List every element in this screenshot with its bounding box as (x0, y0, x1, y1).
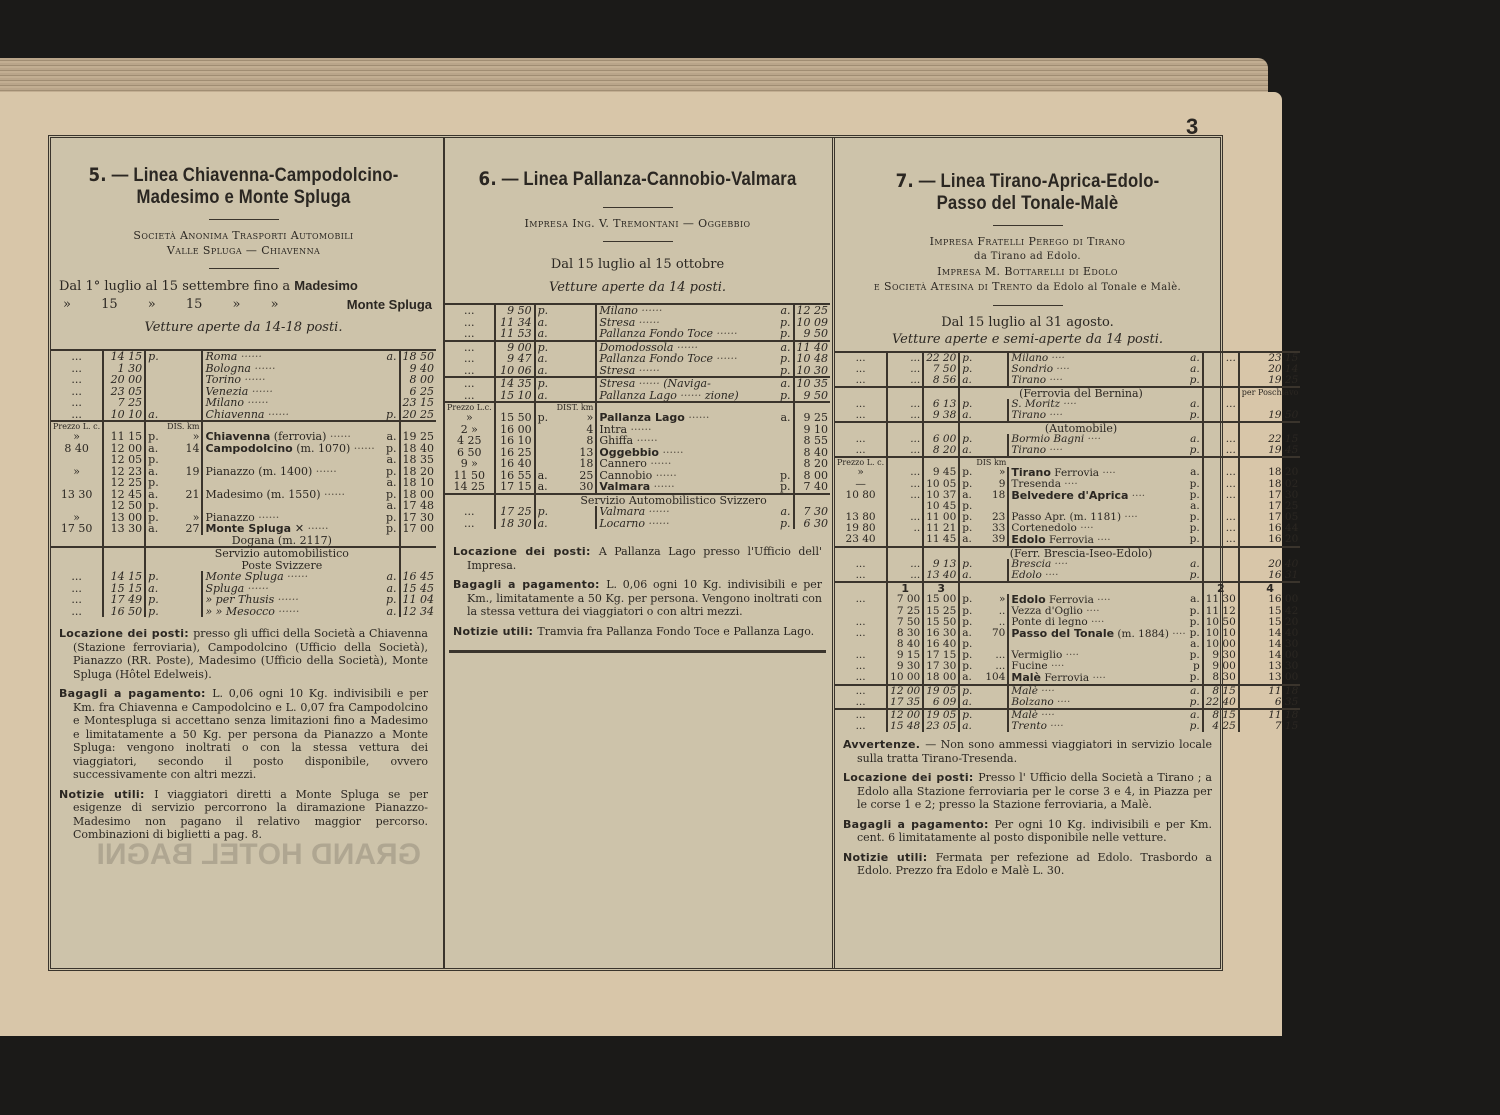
time-col-b: 16 30 16 40 (923, 628, 959, 650)
table-row: ...16 50p.» » Mesocco ······a.12 34 (51, 606, 436, 618)
price: ... (835, 628, 887, 650)
arr-dep-flag: p. (535, 377, 555, 390)
time-col-a: ... (887, 445, 923, 457)
arr-dep-flag: a. (384, 431, 400, 443)
page-edges (0, 58, 1268, 94)
arr-dep-flag: p. (1188, 410, 1203, 422)
price: » (445, 412, 495, 424)
table-row: 13 3012 45 12 50a. p.21Madesimo (m. 1550… (51, 489, 436, 512)
table-row: ...15 4823 05a.Trento ····p.4 257 15 (835, 721, 1300, 732)
arr-dep-flag: a. (959, 445, 974, 457)
return-col-a: ... (1203, 490, 1239, 512)
return-col-b: 17 30 17 25 (1239, 490, 1301, 512)
return-time: 6 30 (794, 518, 831, 530)
arr-dep-flag: p. a. (384, 443, 400, 466)
arr-dep-flag (535, 435, 555, 447)
note-paragraph: Locazione dei posti: Presso l' Ufficio d… (843, 771, 1212, 812)
table-row: ...11 53a.Pallanza Fondo Toce ······p.9 … (445, 328, 830, 341)
table-row: ...10 06a.Stresa ······p.10 30 (445, 365, 830, 378)
section-5-notes: Locazione dei posti: presso gli uffici d… (59, 627, 428, 842)
price: ... (445, 304, 495, 317)
return-col-a (1203, 375, 1239, 387)
arr-dep-flag: p. (1188, 570, 1203, 582)
section-7-period: Dal 15 luglio al 31 agosto. (835, 314, 1220, 332)
section-7-title: 7. — Linea Tirano-Aprica-Edolo- Passo de… (863, 170, 1191, 215)
arr-dep-flag (778, 458, 794, 470)
note-label: Locazione dei posti: (843, 771, 978, 784)
return-time: 7 30 (794, 506, 831, 518)
arr-dep-flag (384, 374, 400, 386)
price: ... (51, 606, 103, 618)
return-col-a: 4 25 (1203, 721, 1239, 732)
section-5: 5. — Linea Chiavenna-Campodolcino- Mades… (51, 138, 436, 968)
section-6: 6. — Linea Pallanza-Cannobio-Valmara Imp… (443, 138, 830, 968)
price: » (51, 466, 103, 489)
section-6-period: Dal 15 luglio al 15 ottobre (445, 256, 830, 274)
arr-dep-flag: p. a. (1188, 628, 1203, 650)
table-row: ...8 30 8 4016 30 16 40a. p.70Passo del … (835, 628, 1300, 650)
arr-dep-flag: a. p. (959, 628, 974, 650)
distance-km (165, 594, 202, 606)
station-name: Pallanza Lago ······ zione) (596, 390, 777, 403)
divider (209, 219, 279, 220)
departure-time: 14 15 (103, 350, 145, 363)
distance-km (974, 721, 1008, 732)
return-time: 8 55 (794, 435, 831, 447)
departure-time: 16 10 (495, 435, 535, 447)
departure-time: 17 15 (495, 481, 535, 494)
note-paragraph: Bagagli a pagamento: L. 0,06 ogni 10 Kg.… (59, 687, 428, 782)
return-col-a: 8 30 (1203, 672, 1239, 685)
table-row: ......8 20a.Tirano ····p....19 45 (835, 445, 1300, 457)
arr-dep-flag (535, 458, 555, 470)
arr-dep-flag: a. p. (145, 489, 165, 512)
return-time: 10 35 (794, 377, 831, 390)
table-row: 10 80...10 37 10 45a. p.18Belvedere d'Ap… (835, 490, 1300, 512)
show-through-text: GRAND HOTEL BAGNI (61, 838, 421, 948)
return-col-b: 14 40 14 30 (1239, 628, 1301, 650)
price: 10 80 (835, 490, 887, 512)
return-col-a: ... (1203, 352, 1239, 364)
departure-time: 14 35 (495, 377, 535, 390)
subheader-text: Servizio automobilistico Poste Svizzere (165, 547, 399, 571)
distance-km (165, 363, 202, 375)
distance-km (974, 445, 1008, 457)
station-name: Trento ···· (1008, 721, 1187, 732)
note-label: Notizie utili: (453, 625, 537, 638)
price: ... (835, 594, 887, 606)
return-time: 20 25 (400, 409, 437, 422)
note-paragraph: Locazione dei posti: presso gli uffici d… (59, 627, 428, 681)
return-time: 10 30 (794, 365, 831, 378)
price: ... (51, 397, 103, 409)
arr-dep-flag: a. (535, 365, 555, 378)
distance-km (165, 571, 202, 583)
return-time: 18 00 17 48 (400, 489, 437, 512)
return-col-b: 19 45 (1239, 445, 1301, 457)
return-time: 9 50 (794, 390, 831, 403)
time-col-a (887, 534, 923, 547)
spacer (103, 547, 145, 571)
return-col-a (1203, 364, 1239, 375)
departure-time: 12 00 12 05 (103, 443, 145, 466)
arr-dep-flag: p. (535, 304, 555, 317)
station-name: Tirano ···· (1008, 375, 1187, 387)
return-col-a (1203, 570, 1239, 582)
departure-time: 11 15 (103, 431, 145, 443)
side-note: per Poschiavo (1239, 387, 1301, 399)
station-name: Chiavenna ······ (202, 409, 383, 422)
distance-km: 30 (555, 481, 597, 494)
price: 13 30 (51, 489, 103, 512)
time-col-b: 9 38 (923, 410, 959, 422)
note-text: L. 0,06 ogni 10 Kg. indivisibili e per K… (73, 687, 428, 781)
return-time: 18 20 18 10 (400, 466, 437, 489)
note-paragraph: Notizie utili: Tramvia fra Pallanza Fond… (453, 625, 822, 639)
section-7-vehicles: Vetture aperte e semi-aperte da 14 posti… (835, 332, 1220, 347)
distance-km: 104 (974, 672, 1008, 685)
table-row: 23 4011 45a.39Edolo Ferrovia ····p....16… (835, 534, 1300, 547)
arr-dep-flag: p. (145, 571, 165, 583)
section-6-vehicles: Vetture aperte da 14 posti. (445, 280, 830, 295)
section-7-timetable: ......22 20p.Milano ····a....23 15......… (835, 351, 1300, 732)
station-name: Passo del Tonale (m. 1884) ···· (1008, 628, 1187, 650)
return-col-b: 6 35 (1239, 697, 1301, 709)
note-label: Avvertenze. (843, 738, 925, 751)
section-5-vehicles: Vetture aperte da 14-18 posti. (51, 320, 436, 335)
table-row: ...10 10a.Chiavenna ······p.20 25 (51, 409, 436, 422)
distance-km: 70 (974, 628, 1008, 650)
distance-km (555, 341, 597, 354)
section-7-company: Impresa Fratelli Perego di Tirano da Tir… (835, 234, 1220, 295)
distance-km (165, 583, 202, 595)
section-5-timetable: ...14 15p.Roma ······a.18 50...1 30Bolog… (51, 349, 436, 617)
arr-dep-flag (778, 435, 794, 447)
departure-time: 9 50 (495, 304, 535, 317)
spacer (145, 535, 165, 548)
time-col-a: 10 00 (887, 672, 923, 685)
distance-km (555, 353, 597, 365)
arr-dep-flag (384, 397, 400, 409)
return-col-a: ... (1203, 445, 1239, 457)
distance-km: » (165, 431, 202, 443)
spacer (400, 535, 437, 548)
time-col-b: 13 40 (923, 570, 959, 582)
arr-dep-flag: a. (535, 328, 555, 341)
departure-time: 15 10 (495, 390, 535, 403)
price: 23 40 (835, 534, 887, 547)
spacer (959, 582, 1202, 594)
note-paragraph: Bagagli a pagamento: Per ogni 10 Kg. ind… (843, 818, 1212, 845)
section-7: 7. — Linea Tirano-Aprica-Edolo- Passo de… (832, 138, 1220, 968)
return-col-a: 22 40 (1203, 697, 1239, 709)
distance-km: 14 (165, 443, 202, 466)
distance-km: 39 (974, 534, 1008, 547)
price: 17 50 (51, 523, 103, 535)
arr-dep-flag (384, 363, 400, 375)
section-5-company: Società Anonima Trasporti Automobili Val… (51, 228, 436, 258)
table-row: ...18 30a.Locarno ······p.6 30 (445, 518, 830, 530)
return-time: 8 20 (794, 458, 831, 470)
distance-km: 21 (165, 489, 202, 512)
time-col-b: 6 09 (923, 697, 959, 709)
arr-dep-flag (535, 447, 555, 459)
station-name: Pianazzo (m. 1400) ······ (202, 466, 383, 489)
station-name: Pallanza Fondo Toce ······ (596, 328, 777, 341)
table-subheader: Servizio automobilistico Poste Svizzere (51, 547, 436, 571)
return-col-a (1203, 559, 1239, 570)
subheader-text: Servizio Automobilistico Svizzero (555, 494, 794, 507)
arr-dep-flag: a. (959, 410, 974, 422)
price: 9 » (445, 458, 495, 470)
divider (603, 207, 673, 208)
time-col-a: ... (887, 410, 923, 422)
distance-km (165, 409, 202, 422)
divider (993, 225, 1063, 226)
time-col-b: 8 56 (923, 375, 959, 387)
price: ... (445, 353, 495, 365)
customs-note: Dogana (m. 2117) (165, 535, 399, 548)
arr-dep-flag: a. (959, 721, 974, 732)
distance-km (974, 364, 1008, 375)
departure-time: 16 40 (495, 458, 535, 470)
station-name: Monte Spluga ✕ ······ (202, 523, 383, 535)
price: ... (51, 409, 103, 422)
arr-dep-flag: a. (384, 571, 400, 583)
table-row: 17 5013 30a.27Monte Spluga ✕ ······p.17 … (51, 523, 436, 535)
distance-km (165, 397, 202, 409)
note-label: Notizie utili: (59, 788, 154, 801)
time-col-a: 15 48 (887, 721, 923, 732)
distance-km: 27 (165, 523, 202, 535)
arr-dep-flag: p. (1188, 445, 1203, 457)
time-col-a: ... (887, 375, 923, 387)
price: ... (51, 571, 103, 583)
table-row: ......8 56a.Tirano ····p.19 25 (835, 375, 1300, 387)
price: ... (51, 350, 103, 363)
station-name: Edolo Ferrovia ···· (1008, 534, 1187, 547)
time-col-a: 17 35 (887, 697, 923, 709)
departure-time: 12 23 12 25 (103, 466, 145, 489)
arr-dep-flag: p. (384, 523, 400, 535)
return-col-b: 7 15 (1239, 721, 1301, 732)
arr-dep-flag: a. (778, 304, 794, 317)
departure-time: 10 06 (495, 365, 535, 378)
spacer (103, 535, 145, 548)
section-6-title: 6. — Linea Pallanza-Cannobio-Valmara (473, 168, 801, 191)
distance-km (165, 374, 202, 386)
station-name: Tirano ···· (1008, 445, 1187, 457)
section-5-period: Dal 1° luglio al 15 settembre fino a Mad… (51, 277, 436, 314)
time-col-b: 8 20 (923, 445, 959, 457)
time-col-b: 18 00 (923, 672, 959, 685)
note-paragraph: Notizie utili: Fermata per refezione ad … (843, 851, 1212, 878)
station-name: Locarno ······ (596, 518, 777, 530)
table-row: Dogana (m. 2117) (51, 535, 436, 548)
price: ... (835, 410, 887, 422)
arr-dep-flag (535, 424, 555, 436)
distance-km (974, 570, 1008, 582)
distance-km (165, 606, 202, 618)
table-row: ......7 50p.Sondrio ····a.20 14 (835, 364, 1300, 375)
note-label: Locazione dei posti: (59, 627, 193, 640)
note-paragraph: Avvertenze. — Non sono ammessi viaggiato… (843, 738, 1212, 765)
return-time: 11 04 (400, 594, 437, 606)
departure-time: 17 25 (495, 506, 535, 518)
departure-time: 11 53 (495, 328, 535, 341)
arr-dep-flag: p. a. (384, 489, 400, 512)
arr-dep-flag: p. (535, 506, 555, 518)
section-6-notes: Locazione dei posti: A Pallanza Lago pre… (453, 545, 822, 638)
note-label: Locazione dei posti: (453, 545, 599, 558)
distance-km (555, 518, 597, 530)
divider (993, 305, 1063, 306)
time-col-a: 8 30 8 40 (887, 628, 923, 650)
arr-dep-flag: p. (1188, 697, 1203, 709)
distance-km (974, 559, 1008, 570)
time-col-a: ... (887, 570, 923, 582)
section-6-company: Impresa Ing. V. Tremontani — Oggebbio (445, 216, 830, 231)
price: ... (835, 445, 887, 457)
return-col-a: ... (1203, 534, 1239, 547)
return-time: 23 15 (400, 397, 437, 409)
arr-dep-flag: p. (1188, 721, 1203, 732)
return-col-a: 10 10 10 00 (1203, 628, 1239, 650)
arr-dep-flag: a. p. (145, 466, 165, 489)
arr-dep-flag: p. (778, 353, 794, 365)
price: ... (835, 570, 887, 582)
price: ... (445, 518, 495, 530)
arr-dep-flag: p. (778, 328, 794, 341)
time-col-b: 23 05 (923, 721, 959, 732)
arr-dep-flag: p. (778, 365, 794, 378)
distance-km (555, 506, 597, 518)
time-col-b: 10 37 10 45 (923, 490, 959, 512)
table-row: ...15 10a.Pallanza Lago ······ zione)p.9… (445, 390, 830, 403)
table-row: ...17 356 09a.Bolzano ····p.22 406 35 (835, 697, 1300, 709)
arr-dep-flag: a. (145, 409, 165, 422)
price: ... (835, 375, 887, 387)
time-col-a: ... (887, 490, 923, 512)
spacer (51, 547, 103, 571)
note-label: Bagagli a pagamento: (453, 578, 606, 591)
return-col-b: 13 00 (1239, 672, 1301, 685)
price: ... (445, 377, 495, 390)
arr-dep-flag: a. (959, 570, 974, 582)
departure-time: 14 15 (103, 571, 145, 583)
departure-time: 18 30 (495, 518, 535, 530)
return-time: 16 45 (400, 571, 437, 583)
distance-km (555, 328, 597, 341)
table-row: 8 4012 00 12 05a. p.14Campodolcino (m. 1… (51, 443, 436, 466)
arr-dep-flag: a. (384, 606, 400, 618)
arr-dep-flag: p. (384, 409, 400, 422)
distance-km (974, 685, 1008, 697)
station-name: Malè Ferrovia ···· (1008, 672, 1187, 685)
station-name: Bolzano ···· (1008, 697, 1187, 709)
table-row: ......13 40a.Edolo ····p.16 31 (835, 570, 1300, 582)
arr-dep-flag (778, 424, 794, 436)
spacer (145, 547, 165, 571)
arr-dep-flag: a. (145, 523, 165, 535)
departure-time: 20 00 (103, 374, 145, 386)
arr-dep-flag: a. (535, 481, 555, 494)
return-time: 10 48 (794, 353, 831, 365)
distance-km (974, 434, 1008, 445)
station-name: Edolo ···· (1008, 570, 1187, 582)
price: ... (445, 390, 495, 403)
arr-dep-flag: p. (145, 594, 165, 606)
divider (209, 268, 279, 269)
return-col-a (1203, 410, 1239, 422)
arr-dep-flag: p. (384, 594, 400, 606)
price: » (51, 431, 103, 443)
departure-time: 12 45 12 50 (103, 489, 145, 512)
note-paragraph: Notizie utili: I viaggiatori diretti a M… (59, 788, 428, 842)
note-label: Bagagli a pagamento: (59, 687, 212, 700)
arr-dep-flag (145, 397, 165, 409)
arr-dep-flag (145, 386, 165, 398)
table-row: 14 2517 15a.30Valmara ······p.7 40 (445, 481, 830, 494)
subheader-text: (Ferr. Brescia-Iseo-Edolo) (959, 547, 1202, 559)
return-time: 7 40 (794, 481, 831, 494)
distance-km: 8 (555, 435, 597, 447)
divider (449, 650, 826, 653)
distance-km: 18 (974, 490, 1008, 512)
arr-dep-flag: a. (959, 375, 974, 387)
arr-dep-flag: p. a. (384, 466, 400, 489)
time-col-b: 11 45 (923, 534, 959, 547)
distance-km (555, 365, 597, 378)
arr-dep-flag: p. (145, 350, 165, 363)
return-time: 19 25 (400, 431, 437, 443)
note-paragraph: Locazione dei posti: A Pallanza Lago pre… (453, 545, 822, 572)
arr-dep-flag: p. (778, 518, 794, 530)
table-row: ......9 38a.Tirano ····p.19 50 (835, 410, 1300, 422)
table-row: ...10 0018 00a.104Malè Ferrovia ····p.8 … (835, 672, 1300, 685)
arr-dep-flag: p. (145, 431, 165, 443)
divider (603, 241, 673, 242)
station-name: Belvedere d'Aprica ···· (1008, 490, 1187, 512)
price: ... (51, 594, 103, 606)
return-time: 17 00 (400, 523, 437, 535)
arr-dep-flag: a. (959, 534, 974, 547)
arr-dep-flag: p. (1188, 534, 1203, 547)
distance-km: » (555, 412, 597, 424)
distance-km (974, 410, 1008, 422)
arr-dep-flag: p. (1188, 672, 1203, 685)
distance-km (974, 709, 1008, 721)
return-col-b: 19 25 (1239, 375, 1301, 387)
return-time: 18 50 (400, 350, 437, 363)
arr-dep-flag: p. (778, 390, 794, 403)
section-7-notes: Avvertenze. — Non sono ammessi viaggiato… (843, 738, 1212, 878)
note-paragraph: Bagagli a pagamento: L. 0,06 ogni 10 Kg.… (453, 578, 822, 619)
distance-km (555, 377, 597, 390)
arr-dep-flag: a. (778, 377, 794, 390)
spacer (51, 535, 103, 548)
station-name: Tirano ···· (1008, 410, 1187, 422)
distance-km: 18 (555, 458, 597, 470)
distance-km: 19 (165, 466, 202, 489)
price: 4 25 (445, 435, 495, 447)
station-name: Campodolcino (m. 1070) ······ (202, 443, 383, 466)
arr-dep-flag: p. a. (1188, 490, 1203, 512)
distance-km (555, 304, 597, 317)
arr-dep-flag: a. (535, 390, 555, 403)
arr-dep-flag: a. (959, 697, 974, 709)
departure-time: 17 49 (103, 594, 145, 606)
